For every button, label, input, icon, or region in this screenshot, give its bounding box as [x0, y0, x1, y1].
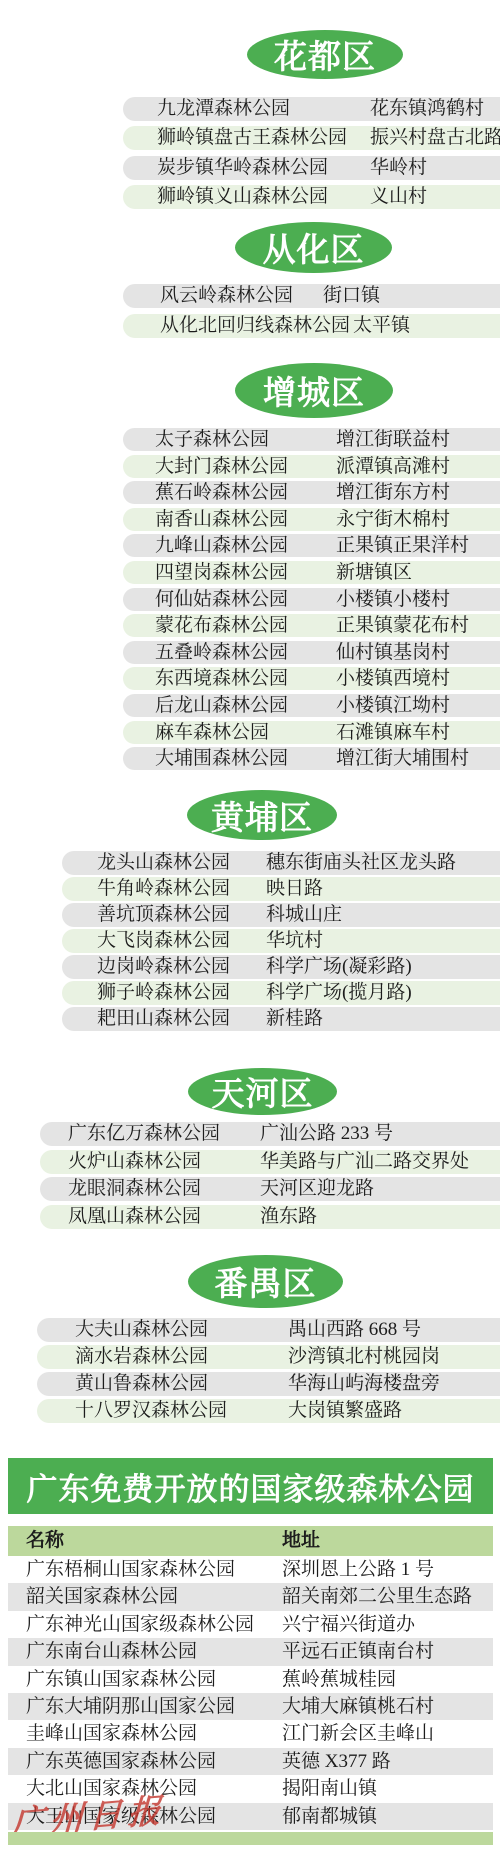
park-name: 边岗岭森林公园 [97, 955, 263, 979]
park-address: 兴宁福兴街道办 [282, 1611, 415, 1638]
park-address: 华美路与广汕二路交界处 [257, 1150, 469, 1174]
table-row: 韶关国家森林公园 韶关南郊二公里生态路 [8, 1583, 493, 1610]
park-name: 圭峰山国家森林公园 [8, 1720, 282, 1747]
park-name: 南香山森林公园 [155, 508, 333, 531]
park-address: 石滩镇麻车村 [333, 721, 450, 744]
district-badge: 番禺区 [188, 1255, 343, 1308]
park-row: 耙田山森林公园 新桂路 [62, 1007, 500, 1031]
park-name: 麻车森林公园 [155, 721, 333, 744]
park-row: 边岗岭森林公园 科学广场(凝彩路) [62, 955, 500, 979]
park-address: 天河区迎龙路 [257, 1177, 374, 1201]
park-address: 增江街联益村 [333, 428, 450, 451]
park-row: 炭步镇华岭森林公园 华岭村 [123, 156, 500, 180]
park-address: 增江街东方村 [333, 481, 450, 504]
park-name: 滴水岩森林公园 [75, 1345, 285, 1369]
park-name: 大封门森林公园 [155, 455, 333, 478]
park-address: 禺山西路 668 号 [285, 1318, 421, 1342]
park-name: 广东梧桐山国家森林公园 [8, 1556, 282, 1583]
forest-parks-infographic: 花都区 九龙潭森林公园 花东镇鸿鹤村 狮岭镇盘古王森林公园 振兴村盘古北路 炭步… [0, 0, 500, 1849]
park-name: 四望岗森林公园 [155, 561, 333, 584]
table-row: 广东梧桐山国家森林公园 深圳恩上公路 1 号 [8, 1556, 493, 1583]
park-address: 新塘镇区 [333, 561, 412, 584]
park-address: 振兴村盘古北路 [367, 126, 500, 150]
park-name: 大埔围森林公园 [155, 747, 333, 770]
district-name: 花都区 [274, 31, 376, 78]
district-badge: 黄埔区 [187, 790, 337, 840]
park-address: 蕉岭蕉城桂园 [282, 1666, 396, 1693]
park-address: 渔东路 [257, 1205, 317, 1229]
park-name: 大夫山森林公园 [75, 1318, 285, 1342]
park-name: 大王山国家级森林公园 [8, 1803, 282, 1830]
park-name: 狮岭镇盘古王森林公园 [157, 126, 367, 150]
park-row: 龙眼洞森林公园 天河区迎龙路 [40, 1177, 500, 1201]
table-row: 广东英德国家森林公园 英德 X377 路 [8, 1748, 493, 1775]
park-address: 科城山庄 [263, 903, 342, 927]
park-row: 广东亿万森林公园 广汕公路 233 号 [40, 1122, 500, 1146]
park-address: 江门新会区圭峰山 [282, 1720, 434, 1747]
park-row: 善坑顶森林公园 科城山庄 [62, 903, 500, 927]
park-name: 九峰山森林公园 [155, 534, 333, 557]
park-address: 街口镇 [320, 284, 380, 308]
park-row: 四望岗森林公园 新塘镇区 [123, 561, 500, 584]
table-row: 大王山国家级森林公园 郁南都城镇 [8, 1803, 493, 1830]
park-address: 英德 X377 路 [282, 1748, 391, 1775]
park-name: 广东神光山国家级森林公园 [8, 1611, 282, 1638]
park-row: 狮岭镇盘古王森林公园 振兴村盘古北路 [123, 126, 500, 150]
park-name: 善坑顶森林公园 [97, 903, 263, 927]
district-name: 黄埔区 [211, 792, 313, 839]
park-address: 郁南都城镇 [282, 1803, 377, 1830]
district-park-list: 九龙潭森林公园 花东镇鸿鹤村 狮岭镇盘古王森林公园 振兴村盘古北路 炭步镇华岭森… [123, 97, 500, 209]
table-row: 广东南台山森林公园 平远石正镇南台村 [8, 1638, 493, 1665]
park-name: 从化北回归线森林公园 [160, 314, 350, 338]
provincial-parks-table: 广东梧桐山国家森林公园 深圳恩上公路 1 号 韶关国家森林公园 韶关南郊二公里生… [8, 1556, 493, 1830]
park-address: 沙湾镇北村桃园岗 [285, 1345, 440, 1369]
table-title-banner: 广东免费开放的国家级森林公园 [8, 1458, 493, 1514]
park-row: 风云岭森林公园 街口镇 [123, 284, 500, 308]
district-name: 增城区 [263, 367, 365, 414]
park-row: 大夫山森林公园 禺山西路 668 号 [37, 1318, 500, 1342]
park-row: 九龙潭森林公园 花东镇鸿鹤村 [123, 97, 500, 121]
park-address: 广汕公路 233 号 [257, 1122, 393, 1146]
park-name: 耙田山森林公园 [97, 1007, 263, 1031]
district-name: 从化区 [263, 224, 365, 271]
park-address: 大岗镇繁盛路 [285, 1399, 402, 1423]
park-row: 蒙花布森林公园 正果镇蒙花布村 [123, 614, 500, 637]
district-badge: 从化区 [235, 222, 392, 273]
park-name: 东西境森林公园 [155, 667, 333, 690]
park-name: 狮岭镇义山森林公园 [157, 185, 367, 209]
district-badge: 天河区 [188, 1068, 337, 1115]
park-name: 九龙潭森林公园 [157, 97, 367, 121]
park-address: 映日路 [263, 877, 323, 901]
park-row: 黄山鲁森林公园 华海山屿海楼盘旁 [37, 1372, 500, 1396]
district-park-list: 龙头山森林公园 穗东街庙头社区龙头路 牛角岭森林公园 映日路 善坑顶森林公园 科… [62, 851, 500, 1031]
district-park-list: 风云岭森林公园 街口镇 从化北回归线森林公园 太平镇 [123, 284, 500, 338]
district-park-list: 太子森林公园 增江街联益村 大封门森林公园 派潭镇高滩村 蕉石岭森林公园 增江街… [123, 428, 500, 770]
park-name: 炭步镇华岭森林公园 [157, 156, 367, 180]
park-name: 后龙山森林公园 [155, 694, 333, 717]
district-badge: 增城区 [235, 363, 393, 418]
park-address: 永宁街木棉村 [333, 508, 450, 531]
table-row: 圭峰山国家森林公园 江门新会区圭峰山 [8, 1720, 493, 1747]
park-row: 十八罗汉森林公园 大岗镇繁盛路 [37, 1399, 500, 1423]
park-address: 义山村 [367, 185, 427, 209]
park-name: 大飞岗森林公园 [97, 929, 263, 953]
park-name: 蕉石岭森林公园 [155, 481, 333, 504]
park-name: 太子森林公园 [155, 428, 333, 451]
park-row: 大封门森林公园 派潭镇高滩村 [123, 455, 500, 478]
park-address: 仙村镇基岗村 [333, 641, 450, 664]
park-row: 凤凰山森林公园 渔东路 [40, 1205, 500, 1229]
park-address: 正果镇蒙花布村 [333, 614, 469, 637]
park-name: 广东南台山森林公园 [8, 1638, 282, 1665]
park-address: 大埔大麻镇桃石村 [282, 1693, 434, 1720]
park-address: 正果镇正果洋村 [333, 534, 469, 557]
park-address: 新桂路 [263, 1007, 323, 1031]
park-address: 深圳恩上公路 1 号 [282, 1556, 434, 1583]
table-title: 广东免费开放的国家级森林公园 [27, 1464, 475, 1509]
park-address: 小楼镇江坳村 [333, 694, 450, 717]
bottom-divider-strip [8, 1832, 493, 1845]
park-address: 华坑村 [263, 929, 323, 953]
table-row: 广东神光山国家级森林公园 兴宁福兴街道办 [8, 1611, 493, 1638]
park-name: 广东英德国家森林公园 [8, 1748, 282, 1775]
park-address: 华岭村 [367, 156, 427, 180]
park-address: 派潭镇高滩村 [333, 455, 450, 478]
park-name: 龙头山森林公园 [97, 851, 263, 875]
district-name: 番禺区 [215, 1258, 317, 1305]
park-name: 龙眼洞森林公园 [68, 1177, 257, 1201]
district-badge: 花都区 [247, 30, 403, 79]
park-address: 太平镇 [350, 314, 410, 338]
column-header-name: 名称 [26, 1526, 64, 1556]
park-row: 火炉山森林公园 华美路与广汕二路交界处 [40, 1150, 500, 1174]
park-name: 大北山国家森林公园 [8, 1775, 282, 1802]
park-row: 狮岭镇义山森林公园 义山村 [123, 185, 500, 209]
park-row: 何仙姑森林公园 小楼镇小楼村 [123, 588, 500, 611]
park-address: 科学广场(凝彩路) [263, 955, 412, 979]
park-name: 凤凰山森林公园 [68, 1205, 257, 1229]
park-row: 龙头山森林公园 穗东街庙头社区龙头路 [62, 851, 500, 875]
park-name: 狮子岭森林公园 [97, 981, 263, 1005]
park-name: 黄山鲁森林公园 [75, 1372, 285, 1396]
park-row: 九峰山森林公园 正果镇正果洋村 [123, 534, 500, 557]
park-name: 牛角岭森林公园 [97, 877, 263, 901]
park-address: 花东镇鸿鹤村 [367, 97, 484, 121]
park-address: 韶关南郊二公里生态路 [282, 1583, 472, 1610]
park-address: 平远石正镇南台村 [282, 1638, 434, 1665]
column-header-address: 地址 [282, 1526, 320, 1556]
park-name: 广东亿万森林公园 [68, 1122, 257, 1146]
park-row: 后龙山森林公园 小楼镇江坳村 [123, 694, 500, 717]
district-park-list: 大夫山森林公园 禺山西路 668 号 滴水岩森林公园 沙湾镇北村桃园岗 黄山鲁森… [37, 1318, 500, 1423]
table-row: 广东镇山国家森林公园 蕉岭蕉城桂园 [8, 1666, 493, 1693]
park-name: 五叠岭森林公园 [155, 641, 333, 664]
district-name: 天河区 [212, 1068, 314, 1115]
park-row: 麻车森林公园 石滩镇麻车村 [123, 721, 500, 744]
park-row: 南香山森林公园 永宁街木棉村 [123, 508, 500, 531]
park-row: 蕉石岭森林公园 增江街东方村 [123, 481, 500, 504]
park-name: 蒙花布森林公园 [155, 614, 333, 637]
table-row: 广东大埔阴那山国家公园 大埔大麻镇桃石村 [8, 1693, 493, 1720]
park-address: 揭阳南山镇 [282, 1775, 377, 1802]
park-row: 滴水岩森林公园 沙湾镇北村桃园岗 [37, 1345, 500, 1369]
park-row: 五叠岭森林公园 仙村镇基岗村 [123, 641, 500, 664]
park-name: 何仙姑森林公园 [155, 588, 333, 611]
table-header-row: 名称 地址 [8, 1526, 493, 1556]
park-row: 大埔围森林公园 增江街大埔围村 [123, 747, 500, 770]
park-row: 大飞岗森林公园 华坑村 [62, 929, 500, 953]
park-address: 增江街大埔围村 [333, 747, 469, 770]
park-row: 狮子岭森林公园 科学广场(揽月路) [62, 981, 500, 1005]
park-row: 东西境森林公园 小楼镇西境村 [123, 667, 500, 690]
park-name: 广东镇山国家森林公园 [8, 1666, 282, 1693]
park-address: 华海山屿海楼盘旁 [285, 1372, 440, 1396]
park-name: 广东大埔阴那山国家公园 [8, 1693, 282, 1720]
park-row: 太子森林公园 增江街联益村 [123, 428, 500, 451]
park-row: 从化北回归线森林公园 太平镇 [123, 314, 500, 338]
park-address: 科学广场(揽月路) [263, 981, 412, 1005]
park-name: 风云岭森林公园 [160, 284, 320, 308]
district-park-list: 广东亿万森林公园 广汕公路 233 号 火炉山森林公园 华美路与广汕二路交界处 … [40, 1122, 500, 1229]
table-row: 大北山国家森林公园 揭阳南山镇 [8, 1775, 493, 1802]
park-address: 小楼镇西境村 [333, 667, 450, 690]
park-name: 十八罗汉森林公园 [75, 1399, 285, 1423]
park-address: 穗东街庙头社区龙头路 [263, 851, 456, 875]
park-address: 小楼镇小楼村 [333, 588, 450, 611]
park-name: 火炉山森林公园 [68, 1150, 257, 1174]
park-row: 牛角岭森林公园 映日路 [62, 877, 500, 901]
park-name: 韶关国家森林公园 [8, 1583, 282, 1610]
